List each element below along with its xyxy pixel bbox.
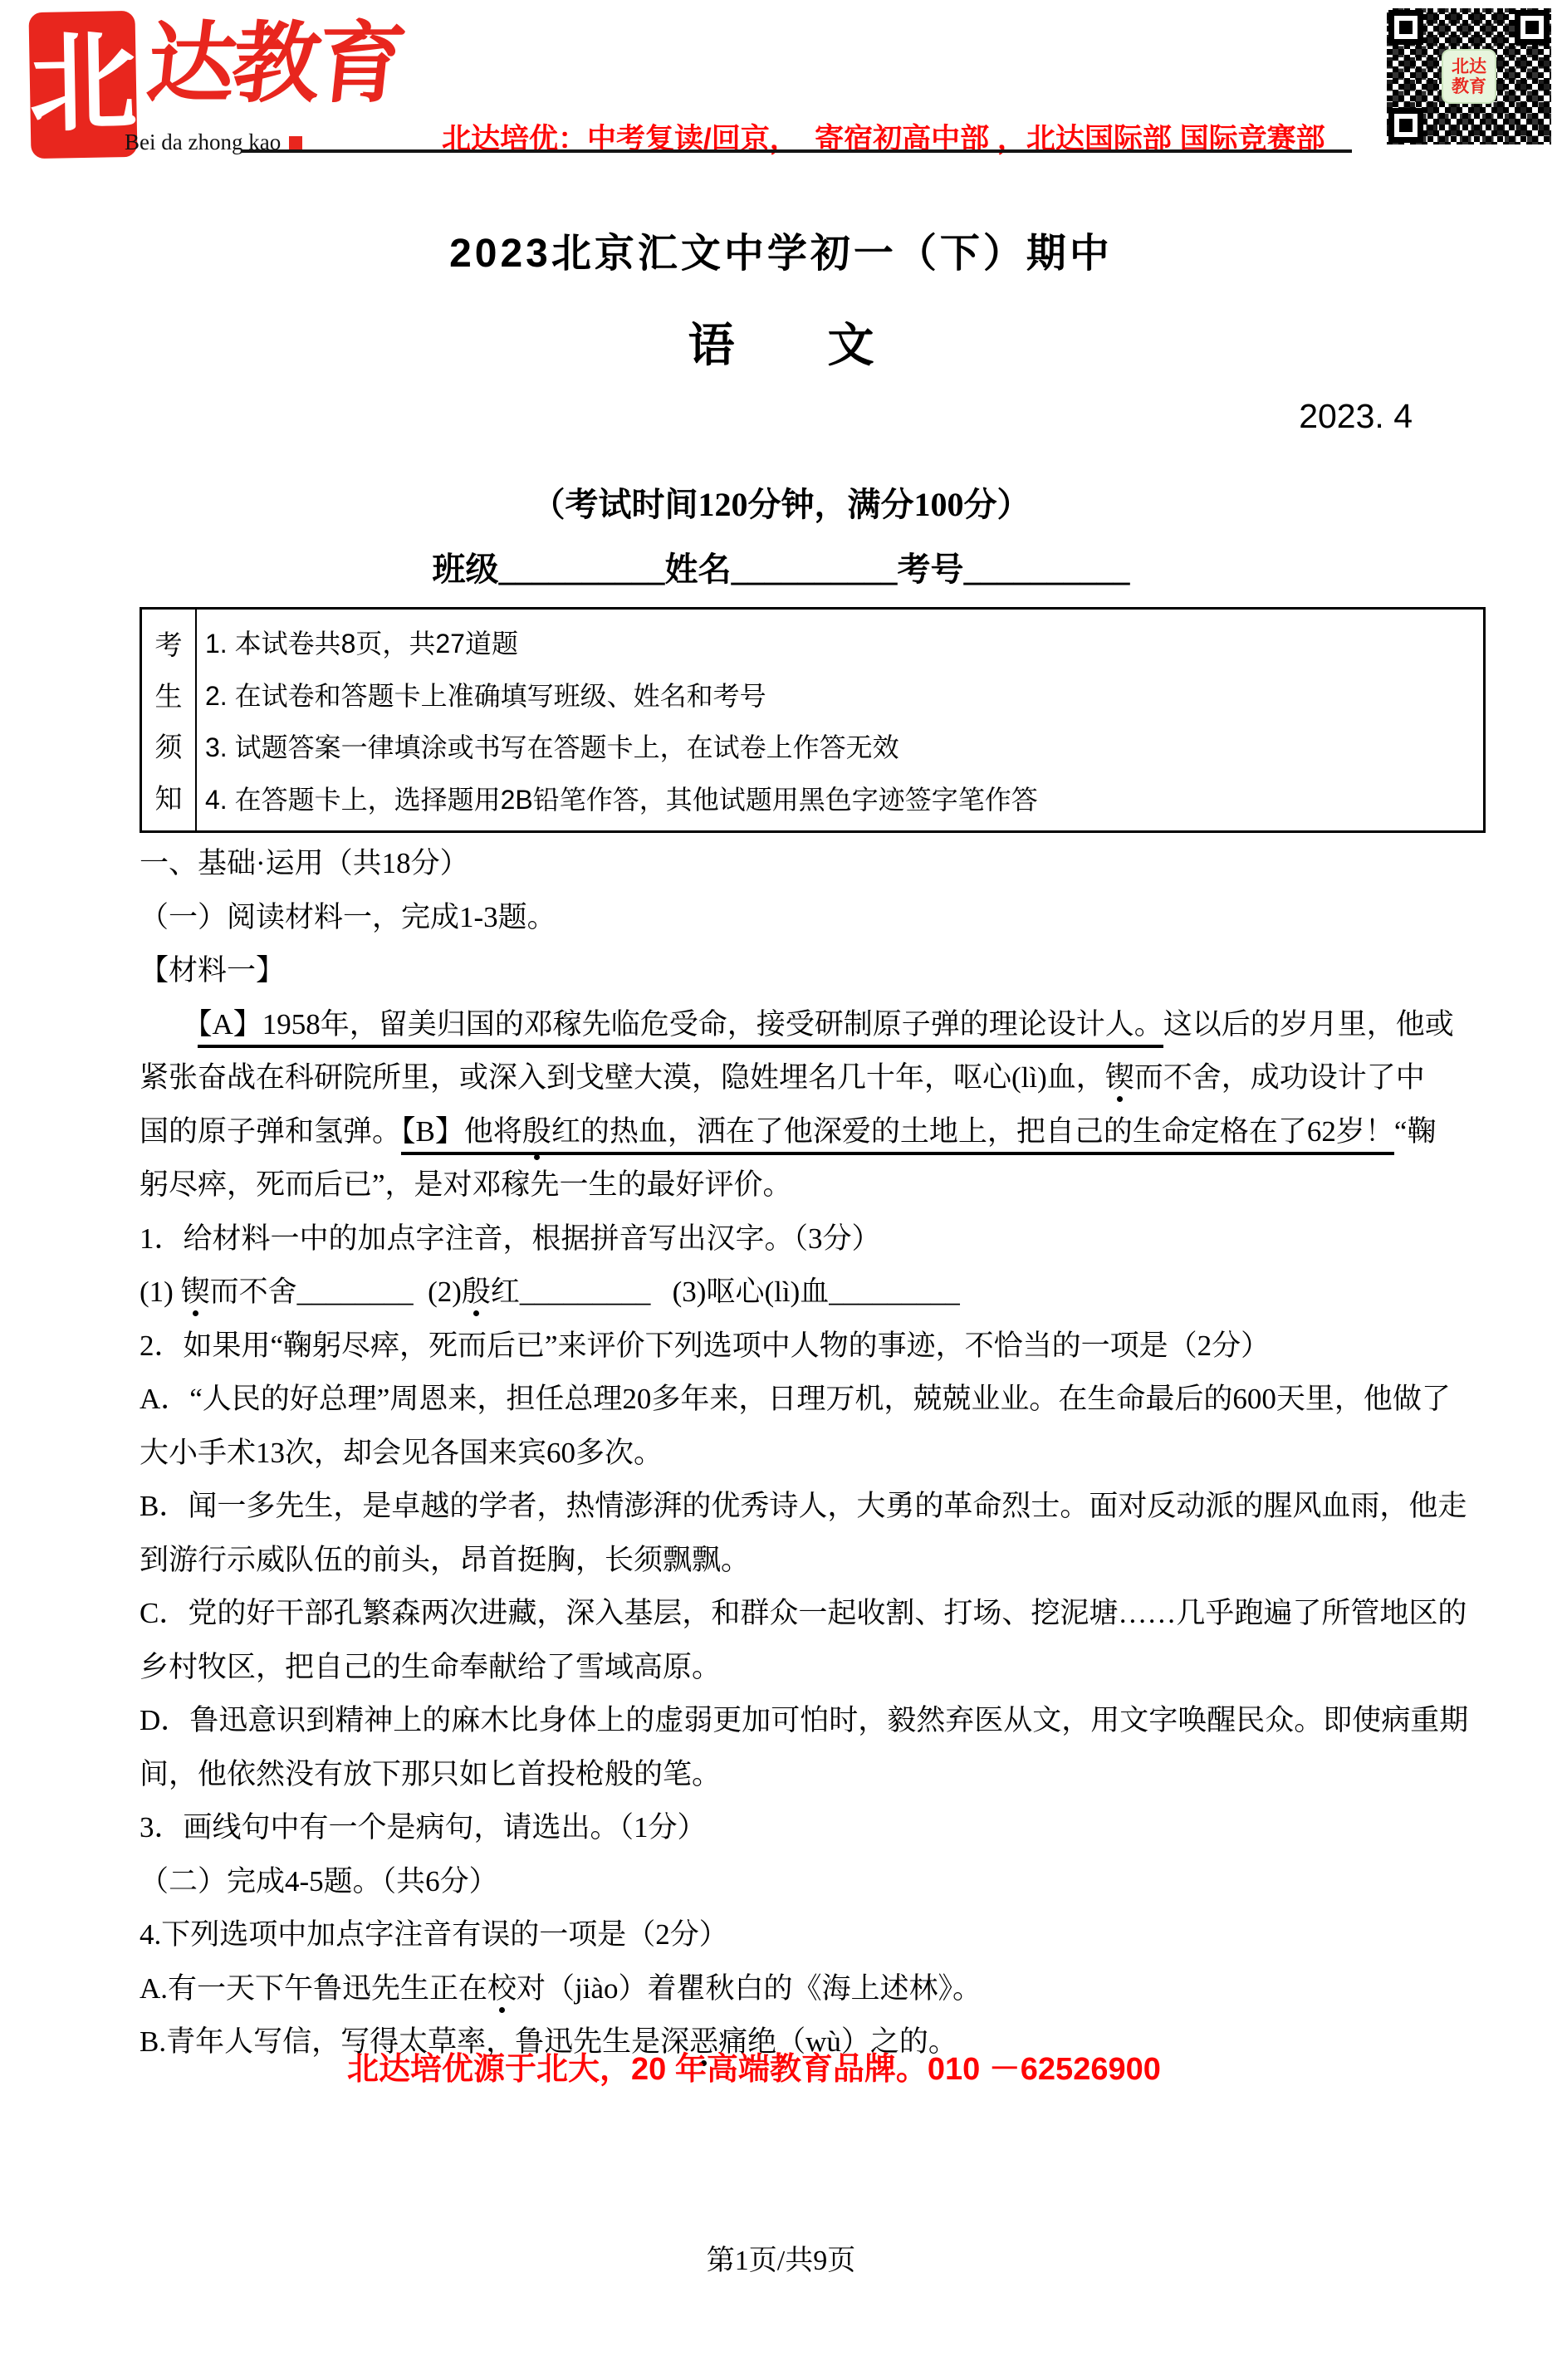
body-line: C．党的好干部孔繁森两次进藏，深入基层，和群众一起收割、打场、挖泥塘……几乎跑遍… (140, 1587, 1506, 1641)
notice-side-char: 生 (155, 675, 183, 714)
student-info-blanks: 班级__________姓名__________考号__________ (0, 543, 1562, 590)
text-segment: 对（jiào）着瞿秋白的《海上述林》。 (517, 1972, 982, 2005)
body-text: 一、基础·运用（共18分）（一）阅读材料一，完成1-3题。【材料一】 【A】19… (140, 837, 1506, 2069)
exam-title: 2023北京汇文中学初一（下）期中 (0, 221, 1562, 278)
qr-code: 北达 教育 (1387, 8, 1551, 144)
qr-finder-icon (1515, 10, 1550, 45)
notice-side-char: 须 (155, 726, 183, 765)
qr-label-bottom: 教育 (1452, 76, 1486, 96)
brand-stamp-logo: 北 (28, 11, 137, 159)
text-segment: 锲 (1105, 1061, 1134, 1094)
underlined-text: 红的热血，洒在了他深爱的土地上，把自己的生命定格在了62岁！ (551, 1115, 1394, 1155)
body-line: 1．给材料一中的加点字注音，根据拼音写出汉字。（3分） (140, 1212, 1506, 1266)
text-segment: A.有一天下午鲁迅先生正在 (140, 1972, 487, 2005)
notice-item: 1. 本试卷共8页，共27道题 (205, 623, 1483, 661)
body-line: 2．如果用“鞠躬尽瘁，死而后已”来评价下列选项中人物的事迹，不恰当的一项是（2分… (140, 1320, 1506, 1374)
text-segment: D．鲁迅意识到精神上的麻木比身体上的虚弱更加可怕时，毅然弃医从文，用文字唤醒民众… (140, 1704, 1468, 1736)
notice-item: 3. 试题答案一律填涂或书写在答题卡上，在试卷上作答无效 (205, 727, 1483, 765)
text-segment: 躬尽瘁，死而后已”，是对邓稼先一生的最好评价。 (140, 1168, 792, 1201)
body-line: 【材料一】 (140, 944, 1506, 998)
exam-paper-page: 北 达教育 Bei da zhong kao 北达培优：中考复读/回京， 寄宿初… (0, 0, 1562, 2380)
text-segment: (1) (140, 1276, 181, 1308)
notice-side-char: 知 (155, 777, 183, 816)
body-line: 大小手术13次，却会见各国来宾60多次。 (140, 1427, 1506, 1481)
header-divider (241, 149, 1352, 153)
exam-duration-info: （考试时间120分钟，满分100分） (0, 478, 1562, 526)
text-segment (140, 1008, 198, 1041)
underlined-text: 殷 (522, 1115, 551, 1155)
qr-finder-icon (1388, 108, 1423, 143)
text-segment: （二）完成4-5题。（共6分） (140, 1865, 498, 1898)
underlined-text: 【B】他将 (401, 1115, 522, 1155)
text-segment: 这以后的岁月里，他或 (1163, 1008, 1454, 1041)
notice-side-label: 考生须知 (142, 610, 197, 830)
body-line: B．闻一多先生，是卓越的学者，热情澎湃的优秀诗人，大勇的革命烈士。面对反动派的腥… (140, 1480, 1506, 1534)
text-segment: A．“人民的好总理”周恩来，担任总理20多年来，日理万机，兢兢业业。在生命最后的… (140, 1383, 1451, 1415)
body-line: 国的原子弹和氢弹。【B】他将殷红的热血，洒在了他深爱的土地上，把自己的生命定格在… (140, 1105, 1506, 1159)
body-line: 躬尽瘁，死而后已”，是对邓稼先一生的最好评价。 (140, 1158, 1506, 1212)
text-segment: 而不舍，成功设计了中 (1134, 1061, 1425, 1094)
notice-item: 4. 在答题卡上，选择题用2B铅笔作答，其他试题用黑色字迹签字笔作答 (205, 779, 1483, 817)
text-segment: 1．给材料一中的加点字注音，根据拼音写出汉字。（3分） (140, 1222, 881, 1255)
text-segment: 殷 (462, 1276, 491, 1308)
underlined-text: 【A】1958年，留美归国的邓稼先临危受命，接受研制原子弹的理论设计人。 (198, 1008, 1163, 1048)
body-line: 一、基础·运用（共18分） (140, 837, 1506, 891)
notice-item: 2. 在试卷和答题卡上准确填写班级、姓名和考号 (205, 675, 1483, 713)
exam-date: 2023. 4 (1299, 397, 1413, 436)
text-segment: C．党的好干部孔繁森两次进藏，深入基层，和群众一起收割、打场、挖泥塘……几乎跑遍… (140, 1597, 1467, 1629)
body-line: A.有一天下午鲁迅先生正在校对（jiào）着瞿秋白的《海上述林》。 (140, 1962, 1506, 2016)
body-line: (1) 锲而不舍________ (2)殷红_________ (3)呕心(lì… (140, 1266, 1506, 1320)
text-segment: 紧张奋战在科研院所里，或深入到戈壁大漠，隐姓埋名几十年，呕心(lì)血， (140, 1061, 1105, 1094)
text-segment: 到游行示威队伍的前头，昂首挺胸，长须飘飘。 (140, 1544, 750, 1576)
body-line: 乡村牧区，把自己的生命奉献给了雪域高原。 (140, 1641, 1506, 1695)
promo-footer: 北达培优源于北大，20 年高端教育品牌。010 －62526900 (347, 2043, 1161, 2089)
body-line: 【A】1958年，留美归国的邓稼先临危受命，接受研制原子弹的理论设计人。这以后的… (140, 998, 1506, 1052)
exam-subject: 语 文 (0, 309, 1562, 375)
body-line: （二）完成4-5题。（共6分） (140, 1855, 1506, 1909)
text-segment: 大小手术13次，却会见各国来宾60多次。 (140, 1437, 663, 1469)
text-segment: 3．画线句中有一个是病句，请选出。（1分） (140, 1811, 707, 1844)
notice-side-char: 考 (155, 624, 183, 663)
text-segment: 锲 (181, 1276, 210, 1308)
body-line: D．鲁迅意识到精神上的麻木比身体上的虚弱更加可怕时，毅然弃医从文，用文字唤醒民众… (140, 1694, 1506, 1748)
text-segment: B．闻一多先生，是卓越的学者，热情澎湃的优秀诗人，大勇的革命烈士。面对反动派的腥… (140, 1490, 1467, 1522)
qr-label-top: 北达 (1452, 56, 1486, 76)
body-line: （一）阅读材料一，完成1-3题。 (140, 891, 1506, 945)
text-segment: 【材料一】 (140, 954, 285, 987)
stamp-character: 北 (28, 30, 138, 140)
body-line: 紧张奋战在科研院所里，或深入到戈壁大漠，隐姓埋名几十年，呕心(lì)血，锲而不舍… (140, 1051, 1506, 1105)
body-line: 4.下列选项中加点字注音有误的一项是（2分） (140, 1908, 1506, 1962)
text-segment: 国的原子弹和氢弹。 (140, 1115, 401, 1148)
text-segment: 4.下列选项中加点字注音有误的一项是（2分） (140, 1918, 728, 1951)
body-line: 间，他依然没有放下那只如匕首投枪般的笔。 (140, 1748, 1506, 1802)
brand-name: 达教育 (143, 18, 407, 110)
text-segment: “鞠 (1394, 1115, 1437, 1148)
qr-center-label: 北达 教育 (1442, 49, 1496, 104)
text-segment: （一）阅读材料一，完成1-3题。 (140, 901, 556, 933)
text-segment: 间，他依然没有放下那只如匕首投枪般的笔。 (140, 1758, 721, 1790)
text-segment: 而不舍________ (2) (210, 1276, 462, 1308)
text-segment: 校 (487, 1972, 517, 2005)
qr-finder-icon (1388, 10, 1423, 45)
text-segment: 一、基础·运用（共18分） (140, 847, 469, 879)
body-line: 3．画线句中有一个是病句，请选出。（1分） (140, 1801, 1506, 1855)
text-segment: 2．如果用“鞠躬尽瘁，死而后已”来评价下列选项中人物的事迹，不恰当的一项是（2分… (140, 1330, 1270, 1362)
page-number: 第1页/共9页 (0, 2237, 1562, 2278)
brand-square-icon (289, 136, 302, 149)
text-segment: 红_________ (3)呕心(lì)血_________ (491, 1276, 960, 1308)
body-line: A．“人民的好总理”周恩来，担任总理20多年来，日理万机，兢兢业业。在生命最后的… (140, 1373, 1506, 1427)
notice-items: 1. 本试卷共8页，共27道题2. 在试卷和答题卡上准确填写班级、姓名和考号3.… (197, 610, 1483, 830)
text-segment: 乡村牧区，把自己的生命奉献给了雪域高原。 (140, 1651, 721, 1683)
body-line: 到游行示威队伍的前头，昂首挺胸，长须飘飘。 (140, 1534, 1506, 1588)
notice-table: 考生须知 1. 本试卷共8页，共27道题2. 在试卷和答题卡上准确填写班级、姓名… (140, 607, 1486, 833)
